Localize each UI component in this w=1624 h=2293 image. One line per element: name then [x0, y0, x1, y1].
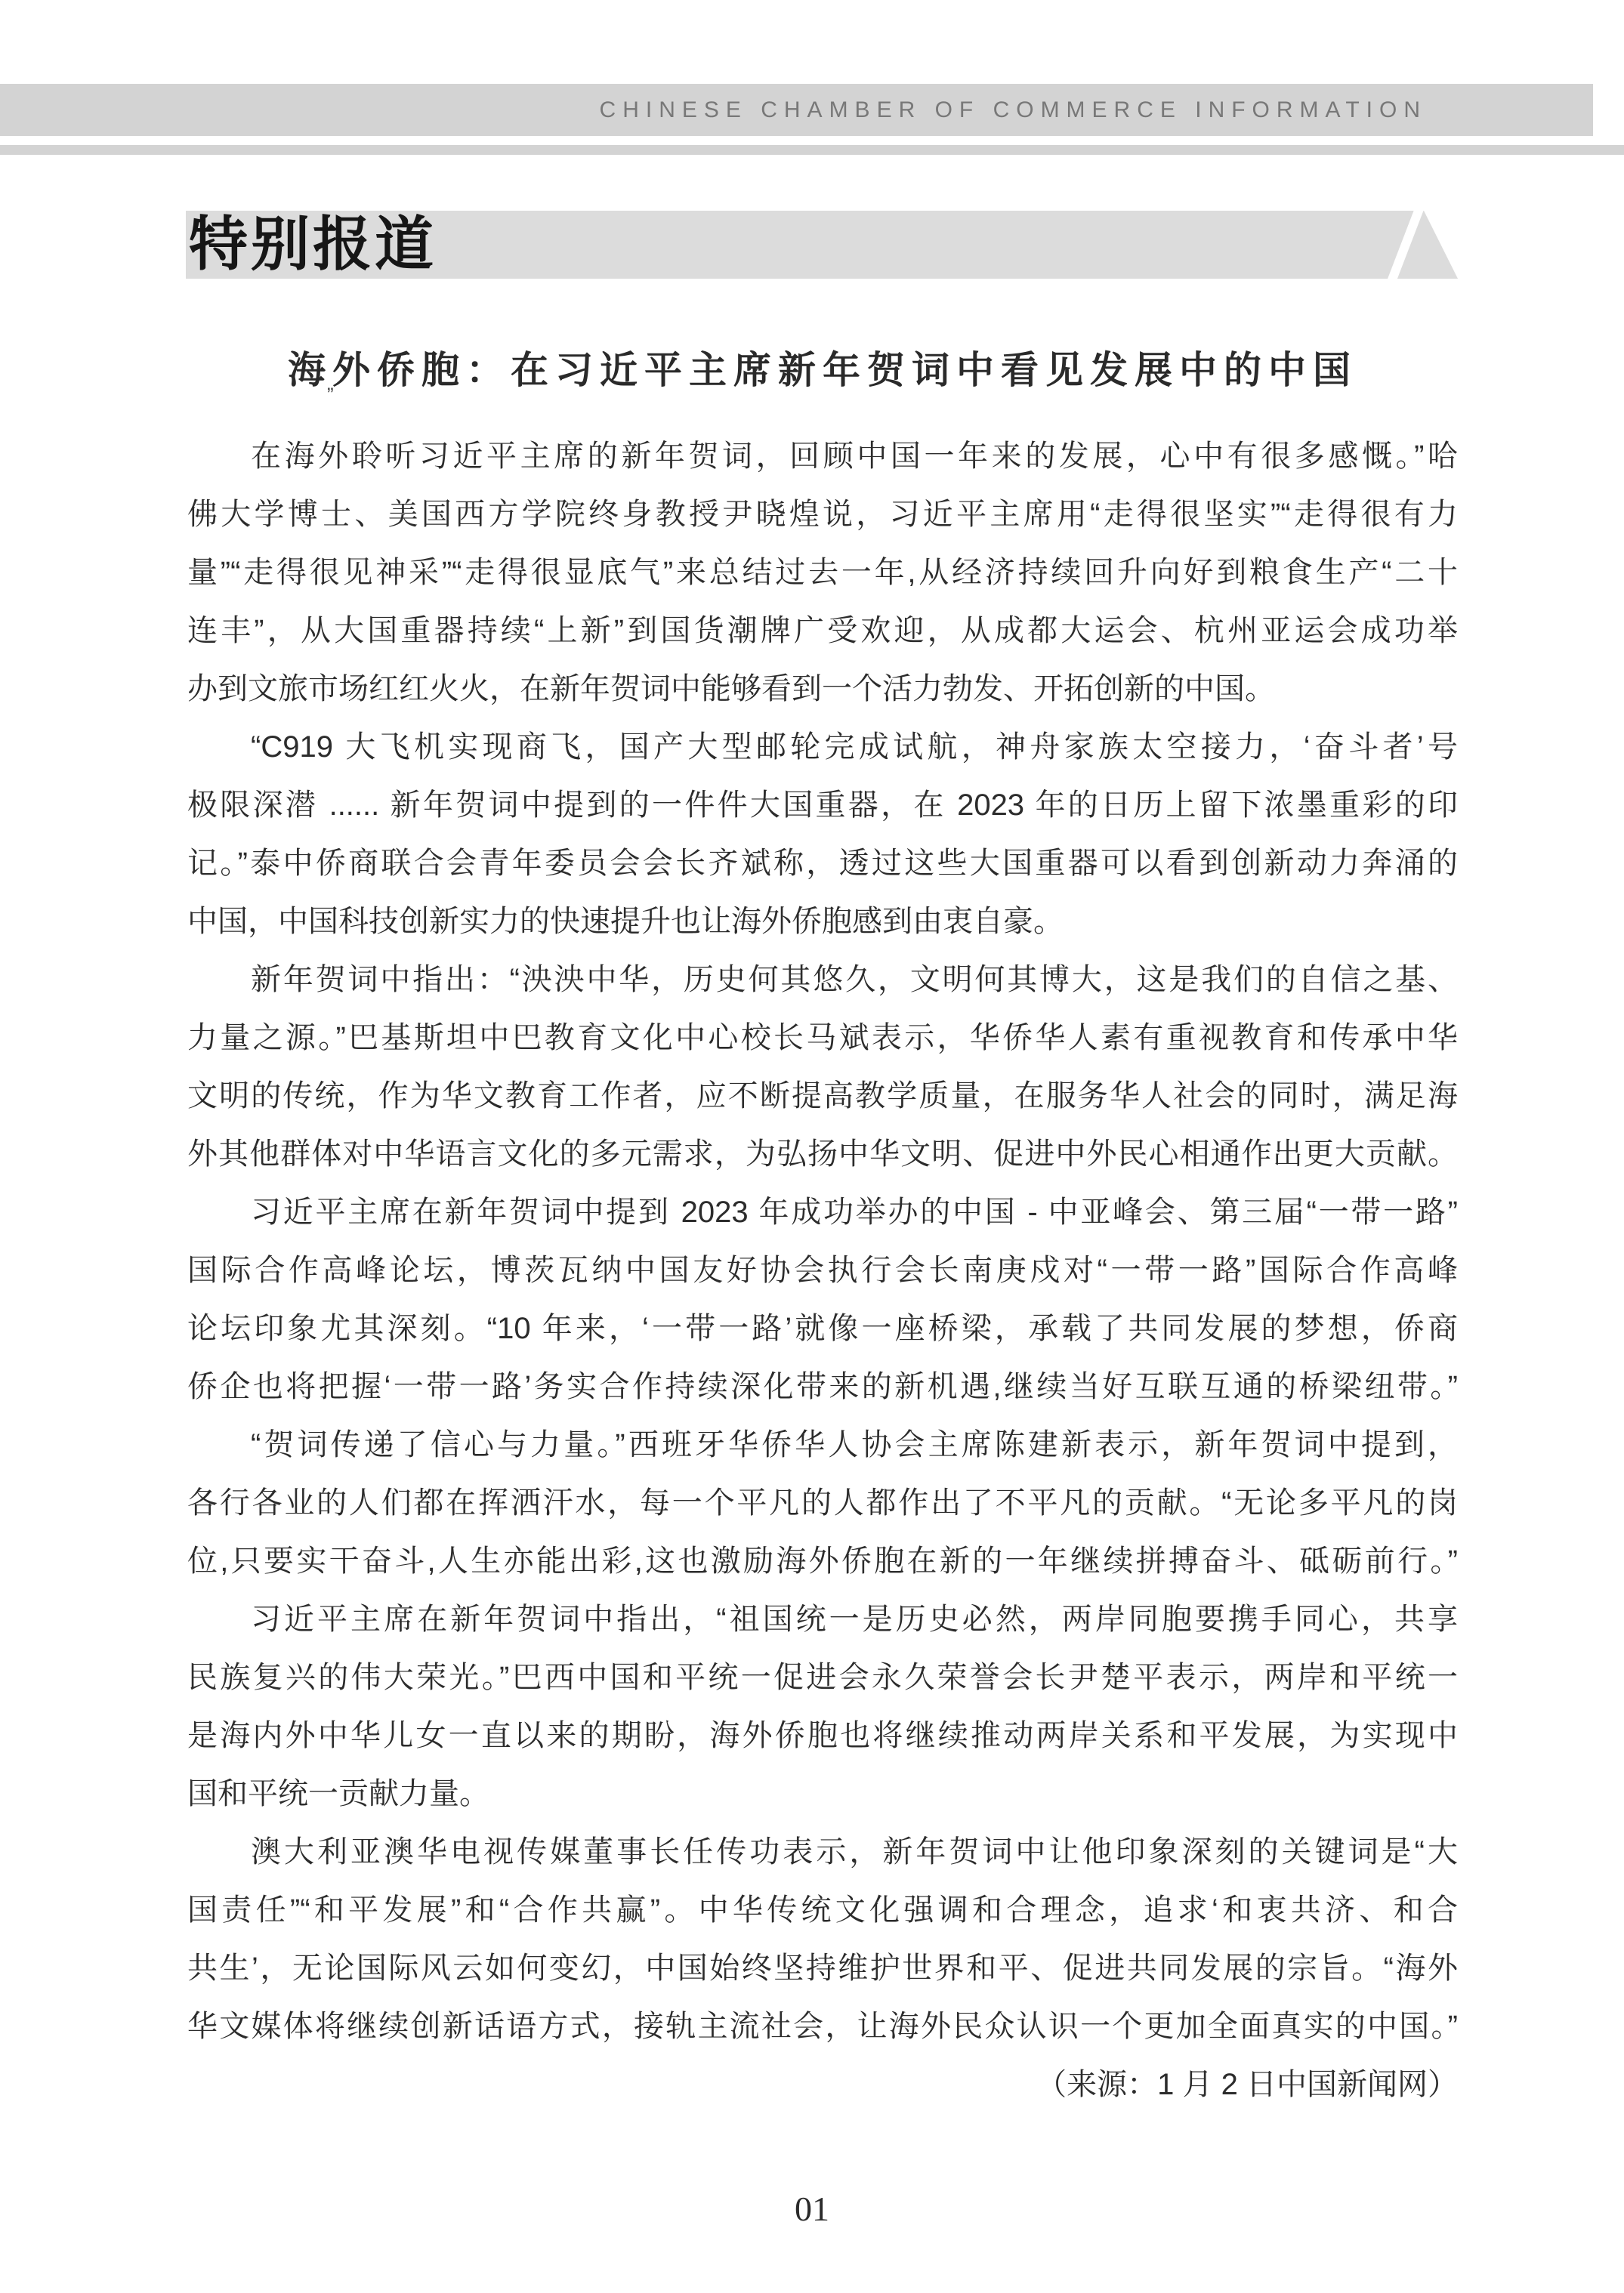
body-line: 国责任”“和平发展”和“合作共赢”。中华传统文化强调和合理念，追求‘和衷共济、和…: [187, 1881, 1458, 1940]
section-title: 特别报道: [189, 209, 437, 280]
body-line: 力量之源。”巴基斯坦中巴教育文化中心校长马斌表示，华侨华人素有重视教育和传承中华: [187, 1009, 1458, 1067]
body-line: 论坛印象尤其深刻。“10 年来，‘一带一路’就像一座桥梁，承载了共同发展的梦想，…: [187, 1300, 1458, 1358]
body-line: 习近平主席在新年贺词中指出，“祖国统一是历史必然，两岸同胞要携手同心，共享: [187, 1591, 1458, 1649]
body-line: 在海外聆听习近平主席的新年贺词，回顾中国一年来的发展，心中有很多感慨。”哈: [187, 427, 1458, 486]
body-line: 民族复兴的伟大荣光。”巴西中国和平统一促进会永久荣誉会长尹楚平表示，两岸和平统一: [187, 1649, 1458, 1707]
article-body: 在海外聆听习近平主席的新年贺词，回顾中国一年来的发展，心中有很多感慨。”哈佛大学…: [187, 427, 1458, 2056]
body-line: 极限深潜 ...... 新年贺词中提到的一件件大国重器，在 2023 年的日历上…: [187, 776, 1458, 835]
body-line: 国和平统一贡献力量。: [187, 1765, 1458, 1823]
document-page: CHINESE CHAMBER OF COMMERCE INFORMATION …: [0, 0, 1624, 2293]
body-line: 记。”泰中侨商联合会青年委员会会长齐斌称，透过这些大国重器可以看到创新动力奔涌的: [187, 835, 1458, 893]
body-line: 是海内外中华儿女一直以来的期盼，海外侨胞也将继续推动两岸关系和平发展，为实现中: [187, 1707, 1458, 1765]
body-line: 习近平主席在新年贺词中提到 2023 年成功举办的中国 - 中亚峰会、第三届“一…: [187, 1184, 1458, 1242]
body-line: 文明的传统，作为华文教育工作者，应不断提高教学质量，在服务华人社会的同时，满足海: [187, 1067, 1458, 1125]
banner-slash-decoration: [1385, 203, 1425, 289]
page-number: 01: [0, 2189, 1624, 2234]
body-line: 量”“走得很见神采”“走得很显底气”来总结过去一年,从经济持续回升向好到粮食生产…: [187, 544, 1458, 602]
body-line: 连丰”，从大国重器持续“上新”到国货潮牌广受欢迎，从成都大运会、杭州亚运会成功举: [187, 602, 1458, 660]
body-line: 位,只要实干奋斗,人生亦能出彩,这也激励海外侨胞在新的一年继续拼搏奋斗、砥砺前行…: [187, 1532, 1458, 1591]
body-line: 侨企也将把握‘一带一路’务实合作持续深化带来的新机遇,继续当好互联互通的桥梁纽带…: [187, 1358, 1458, 1416]
body-line: 各行各业的人们都在挥洒汗水，每一个平凡的人都作出了不平凡的贡献。“无论多平凡的岗: [187, 1474, 1458, 1532]
body-line: 华文媒体将继续创新话语方式，接轨主流社会，让海外民众认识一个更加全面真实的中国。…: [187, 1998, 1458, 2056]
source-attribution: （来源：1 月 2 日中国新闻网）: [187, 2056, 1458, 2114]
body-line: “贺词传递了信心与力量。”西班牙华侨华人协会主席陈建新表示，新年贺词中提到，: [187, 1416, 1458, 1474]
body-line: 中国，中国科技创新实力的快速提升也让海外侨胞感到由衷自豪。: [187, 893, 1458, 951]
stray-mark: „: [327, 372, 334, 395]
body-line: “C919 大飞机实现商飞，国产大型邮轮完成试航，神舟家族太空接力，‘奋斗者’号: [187, 718, 1458, 776]
section-banner: 特别报道: [186, 211, 1458, 279]
body-line: 澳大利亚澳华电视传媒董事长任传功表示，新年贺词中让他印象深刻的关键词是“大: [187, 1823, 1458, 1881]
header-rule: [0, 145, 1624, 155]
body-line: 共生’，无论国际风云如何变幻，中国始终坚持维护世界和平、促进共同发展的宗旨。“海…: [187, 1940, 1458, 1998]
body-line: 新年贺词中指出：“泱泱中华，历史何其悠久，文明何其博大，这是我们的自信之基、: [187, 951, 1458, 1009]
body-line: 国际合作高峰论坛，博茨瓦纳中国友好协会执行会长南庚戍对“一带一路”国际合作高峰: [187, 1242, 1458, 1300]
article-title: 海外侨胞：在习近平主席新年贺词中看见发展中的中国: [187, 340, 1458, 385]
body-line: 外其他群体对中华语言文化的多元需求，为弘扬中华文明、促进中外民心相通作出更大贡献…: [187, 1125, 1458, 1184]
body-line: 办到文旅市场红红火火，在新年贺词中能够看到一个活力勃发、开拓创新的中国。: [187, 660, 1458, 718]
header-banner-text: CHINESE CHAMBER OF COMMERCE INFORMATION: [0, 84, 1427, 136]
body-line: 佛大学博士、美国西方学院终身教授尹晓煌说，习近平主席用“走得很坚实”“走得很有力: [187, 486, 1458, 544]
